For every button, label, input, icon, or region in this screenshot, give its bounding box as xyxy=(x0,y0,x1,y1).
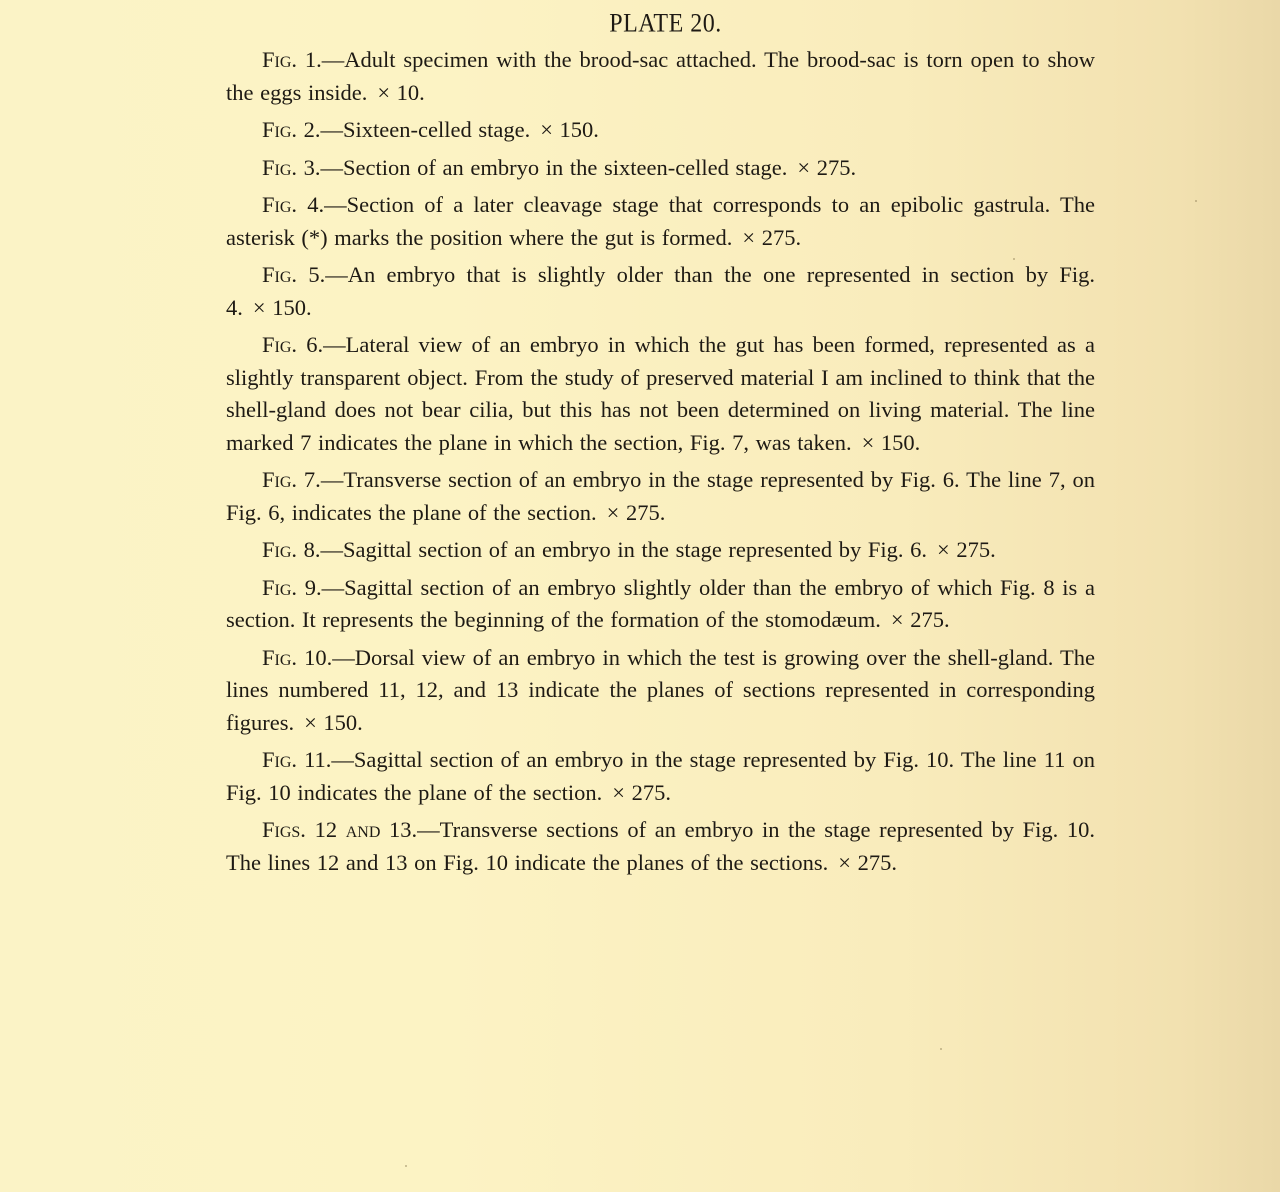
figure-label: Fig. 4. xyxy=(262,192,324,217)
figure-label: Figs. 12 and 13. xyxy=(262,817,417,842)
figure-description: Lateral view of an embryo in which the g… xyxy=(226,332,1095,455)
paper-speck xyxy=(1013,258,1015,260)
magnification: × 150. xyxy=(253,295,312,320)
magnification: × 150. xyxy=(304,710,363,735)
figure-caption-7: Fig. 7.—Transverse section of an embryo … xyxy=(226,464,1095,529)
figure-label: Fig. 5. xyxy=(262,262,325,287)
figure-caption-6: Fig. 6.—Lateral view of an embryo in whi… xyxy=(226,329,1095,459)
figure-description: Section of a later cleavage stage that c… xyxy=(226,192,1095,250)
figure-label: Fig. 6. xyxy=(262,332,323,357)
figure-label: Fig. 10. xyxy=(262,645,332,670)
figure-caption-3: Fig. 3.—Section of an embryo in the sixt… xyxy=(226,152,1095,185)
figure-label: Fig. 9. xyxy=(262,575,322,600)
magnification: × 275. xyxy=(797,155,856,180)
figure-caption-8: Fig. 8.—Sagittal section of an embryo in… xyxy=(226,534,1095,567)
em-dash: — xyxy=(321,467,344,492)
figure-label: Fig. 8. xyxy=(262,537,321,562)
em-dash: — xyxy=(324,192,347,217)
em-dash: — xyxy=(321,537,344,562)
magnification: × 275. xyxy=(612,780,671,805)
figure-caption-11: Fig. 11.—Sagittal section of an embryo i… xyxy=(226,744,1095,809)
figure-label: Fig. 1. xyxy=(262,47,322,72)
em-dash: — xyxy=(322,47,345,72)
plate-title: PLATE 20. xyxy=(226,7,1095,42)
magnification: × 275. xyxy=(742,225,801,250)
em-dash: — xyxy=(331,747,354,772)
magnification: × 150. xyxy=(540,117,599,142)
figure-description: Sagittal section of an embryo in the sta… xyxy=(343,537,927,562)
magnification: × 275. xyxy=(891,607,950,632)
paper-speck xyxy=(1195,200,1197,202)
figure-label: Fig. 3. xyxy=(262,155,321,180)
magnification: × 10. xyxy=(377,80,424,105)
figure-caption-10: Fig. 10.—Dorsal view of an embryo in whi… xyxy=(226,642,1095,740)
figure-caption-5: Fig. 5.—An embryo that is slightly older… xyxy=(226,259,1095,324)
em-dash: — xyxy=(417,817,440,842)
em-dash: — xyxy=(325,262,348,287)
magnification: × 150. xyxy=(862,430,921,455)
figure-label: Fig. 11. xyxy=(262,747,331,772)
figure-description: An embryo that is slightly older than th… xyxy=(226,262,1095,320)
em-dash: — xyxy=(321,117,344,142)
figure-description: Sagittal section of an embryo slightly o… xyxy=(226,575,1095,633)
paper-speck xyxy=(940,1048,942,1050)
em-dash: — xyxy=(322,575,345,600)
magnification: × 275. xyxy=(838,850,897,875)
figure-description: Sixteen-celled stage. xyxy=(343,117,530,142)
magnification: × 275. xyxy=(607,500,666,525)
figure-caption-4: Fig. 4.—Section of a later cleavage stag… xyxy=(226,189,1095,254)
plate-caption-page: PLATE 20. Fig. 1.—Adult specimen with th… xyxy=(226,8,1095,884)
figure-label: Fig. 2. xyxy=(262,117,321,142)
figure-caption-9: Fig. 9.—Sagittal section of an embryo sl… xyxy=(226,572,1095,637)
em-dash: — xyxy=(323,332,346,357)
em-dash: — xyxy=(332,645,355,670)
figure-label: Fig. 7. xyxy=(262,467,321,492)
paper-speck xyxy=(405,1165,407,1167)
figure-caption-2: Fig. 2.—Sixteen-celled stage.× 150. xyxy=(226,114,1095,147)
figure-caption-12-13: Figs. 12 and 13.—Transverse sections of … xyxy=(226,814,1095,879)
figure-caption-1: Fig. 1.—Adult specimen with the brood-sa… xyxy=(226,44,1095,109)
figure-description: Section of an embryo in the sixteen-cell… xyxy=(343,155,787,180)
figure-description: Adult specimen with the brood-sac attach… xyxy=(226,47,1095,105)
magnification: × 275. xyxy=(937,537,996,562)
em-dash: — xyxy=(321,155,344,180)
